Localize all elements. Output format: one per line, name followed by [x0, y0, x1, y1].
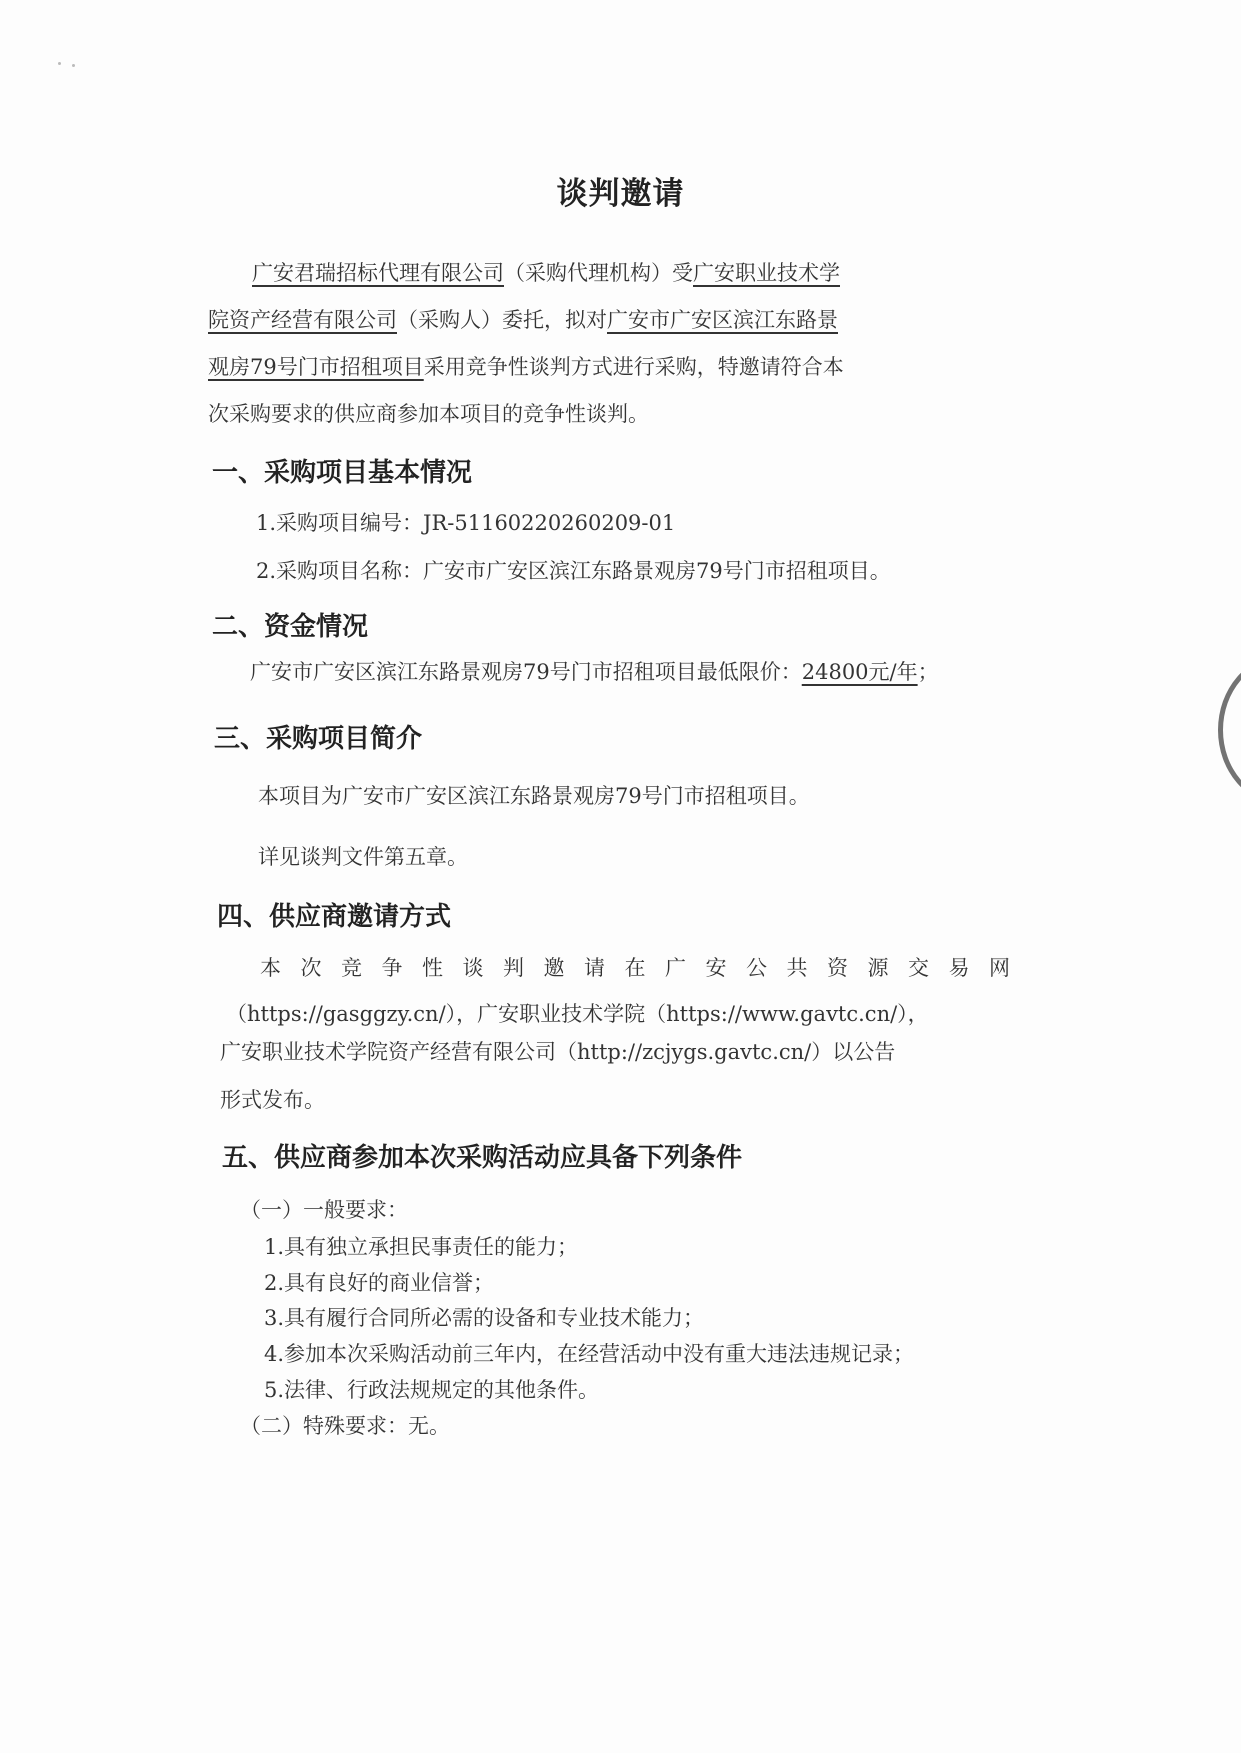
project-name: 2.采购项目名称：广安市广安区滨江东路景观房79号门市招租项目。 [256, 556, 891, 586]
invitation-line-3: 广安职业技术学院资产经营有限公司（http://zcjygs.gavtc.cn/… [220, 1037, 895, 1067]
invitation-line-1: 本次竞争性谈判邀请在广安公共资源交易网 [260, 953, 1030, 983]
intro-line-1: 广安君瑞招标代理有限公司（采购代理机构）受广安职业技术学 [252, 258, 840, 288]
general-requirements-label: （一）一般要求： [240, 1195, 408, 1225]
special-requirements: （二）特殊要求：无。 [240, 1411, 450, 1441]
funding-text: 广安市广安区滨江东路景观房79号门市招租项目最低限价： [250, 660, 802, 684]
section-4-heading: 四、供应商邀请方式 [217, 900, 451, 934]
project-reference: 详见谈判文件第五章。 [258, 842, 468, 872]
section-5-heading: 五、供应商参加本次采购活动应具备下列条件 [222, 1141, 742, 1175]
agency-name: 广安君瑞招标代理有限公司 [252, 261, 504, 285]
intro-line-4: 次采购要求的供应商参加本项目的竞争性谈判。 [208, 399, 649, 429]
requirement-item: 5.法律、行政法规规定的其他条件。 [264, 1375, 599, 1405]
purchaser-name-part1: 广安职业技术学 [693, 261, 840, 285]
requirement-item: 3.具有履行合同所必需的设备和专业技术能力； [264, 1303, 704, 1333]
agency-role: （采购代理机构）受 [504, 261, 693, 285]
funding-suffix: ； [918, 660, 939, 684]
project-number: 1.采购项目编号：JR-51160220260209-01 [256, 508, 675, 538]
intro-line-3: 观房79号门市招租项目采用竞争性谈判方式进行采购，特邀请符合本 [208, 352, 844, 382]
scan-speck [58, 62, 61, 65]
requirement-item: 4.参加本次采购活动前三年内，在经营活动中没有重大违法违规记录； [264, 1339, 914, 1369]
purchaser-name-part2: 院资产经营有限公司 [208, 308, 397, 332]
scan-speck [72, 64, 75, 67]
section-3-heading: 三、采购项目简介 [214, 722, 422, 756]
requirement-item: 1.具有独立承担民事责任的能力； [264, 1232, 578, 1262]
minimum-price: 24800元/年 [802, 660, 918, 684]
project-name-part2: 观房79号门市招租项目 [208, 355, 424, 379]
method-text: 采用竞争性谈判方式进行采购，特邀请符合本 [424, 355, 844, 379]
document-title: 谈判邀请 [0, 168, 1241, 213]
requirement-item: 2.具有良好的商业信誉； [264, 1268, 494, 1298]
intro-line-2: 院资产经营有限公司（采购人）委托，拟对广安市广安区滨江东路景 [208, 305, 838, 335]
section-2-heading: 二、资金情况 [212, 610, 368, 644]
document-page: 谈判邀请 广安君瑞招标代理有限公司（采购代理机构）受广安职业技术学 院资产经营有… [0, 0, 1241, 1753]
funding-line: 广安市广安区滨江东路景观房79号门市招租项目最低限价：24800元/年； [250, 657, 939, 687]
purchaser-role: （采购人）委托，拟对 [397, 308, 607, 332]
project-summary: 本项目为广安市广安区滨江东路景观房79号门市招租项目。 [258, 781, 810, 811]
invitation-line-2: （https://gasggzy.cn/），广安职业技术学院（https://w… [226, 999, 929, 1029]
section-1-heading: 一、采购项目基本情况 [212, 456, 472, 490]
official-seal-icon [1218, 655, 1241, 805]
project-name-part1: 广安市广安区滨江东路景 [607, 308, 838, 332]
invitation-line-4: 形式发布。 [220, 1085, 325, 1115]
